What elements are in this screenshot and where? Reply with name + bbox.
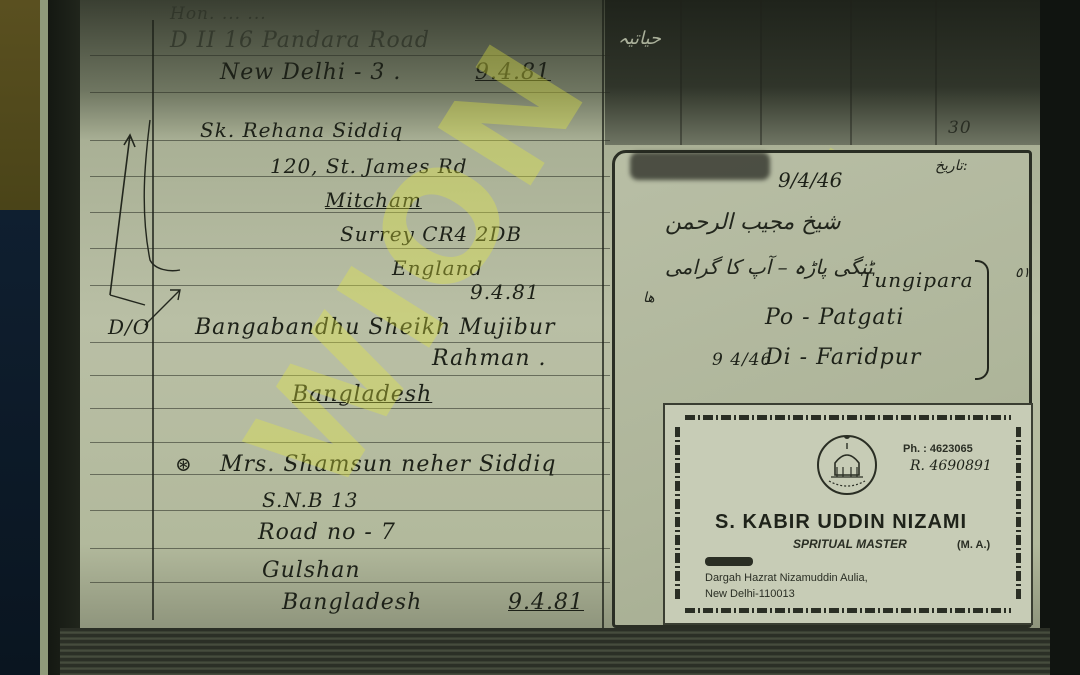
entry-house: S.N.B 13 <box>262 488 358 512</box>
ruled-line <box>90 408 610 409</box>
card-residence-phone: R. 4690891 <box>910 458 992 474</box>
slip-post-office: Po - Patgati <box>765 305 904 330</box>
entry-area: Gulshan <box>262 558 361 583</box>
card-border-bottom <box>685 608 1011 613</box>
entry-date: 9.4.81 <box>470 280 540 304</box>
entry-date: 9.4.81 <box>508 590 584 615</box>
ruled-line <box>90 375 610 376</box>
header-address: D II 16 Pandara Road <box>170 28 430 53</box>
slip-margin-mark: ٥١ <box>1015 265 1030 281</box>
header-faint-line: Hon. ... ... <box>170 4 267 24</box>
card-border-right <box>1016 427 1021 601</box>
slip-date: 9/4/46 <box>778 168 842 192</box>
card-degree: (M. A.) <box>957 539 990 551</box>
column-rule <box>602 0 604 630</box>
entry-name: Sk. Rehana Siddiq <box>200 118 403 142</box>
card-border-left <box>675 427 680 601</box>
page-stack-edge <box>60 628 1050 675</box>
column-rule <box>850 0 852 145</box>
entry-marker: ⊛ <box>175 452 193 476</box>
slip-stain <box>630 152 770 180</box>
card-phone: Ph. : 4623065 <box>903 443 973 455</box>
card-border-top <box>685 415 1011 420</box>
card-name: S. KABIR UDDIN NIZAMI <box>715 511 967 534</box>
slip-village: Tungipara <box>860 268 974 292</box>
ruled-line <box>90 92 610 93</box>
slip-side-date: 9 4/46 <box>712 350 772 370</box>
entry-name: Bangabandhu Sheikh Mujibur <box>195 315 556 340</box>
entry-county: Surrey CR4 2DB <box>340 222 522 246</box>
entry-name-cont: Rahman . <box>432 346 547 371</box>
background-blue-surface <box>0 210 42 675</box>
entry-town: Mitcham <box>325 188 422 212</box>
arrow-annotation-icon <box>100 100 200 340</box>
ruled-line <box>90 442 610 443</box>
slip-bracket <box>975 260 989 380</box>
register-page-dark-area <box>605 0 1040 145</box>
entry-country: England <box>392 256 483 280</box>
entry-marker: D/O <box>108 315 150 339</box>
card-address-line-1: Dargah Hazrat Nizamuddin Aulia, <box>705 572 868 584</box>
card-address-line-2: New Delhi-110013 <box>705 588 795 600</box>
card-title: SPRITUAL MASTER <box>793 537 907 551</box>
entry-street: 120, St. James Rd <box>270 154 468 178</box>
header-urdu-fragment: حیاتیہ <box>618 28 661 49</box>
column-rule <box>680 0 682 145</box>
page-number: 30 <box>948 118 972 138</box>
ruled-line <box>90 342 610 343</box>
entry-road: Road no - 7 <box>258 520 396 545</box>
dargah-emblem-icon <box>817 435 877 495</box>
slip-side-mark: ها <box>643 290 655 306</box>
business-card: Ph. : 4623065 R. 4690891 S. KABIR UDDIN … <box>663 403 1033 625</box>
slip-district: Di - Faridpur <box>765 345 921 370</box>
ruled-line <box>90 55 610 56</box>
book-edge <box>40 0 48 675</box>
entry-country: Bangladesh <box>292 382 432 407</box>
entry-name: Mrs. Shamsun neher Siddiq <box>220 452 556 477</box>
column-rule <box>760 0 762 145</box>
header-date: 9.4.81 <box>475 60 551 85</box>
column-rule <box>935 0 937 145</box>
header-city: New Delhi - 3 . <box>220 60 401 85</box>
ruled-line <box>90 548 610 549</box>
slip-date-label: تاریخ: <box>935 158 968 174</box>
slip-urdu-line-1: شیخ مجیب الرحمن <box>665 210 841 235</box>
entry-country: Bangladesh <box>282 590 422 615</box>
background-yellow-surface <box>0 0 42 210</box>
card-label-tag <box>705 557 753 566</box>
slip-urdu-line-2: ٹنگی پاڑہ – آپ کا گرامی <box>665 255 873 279</box>
